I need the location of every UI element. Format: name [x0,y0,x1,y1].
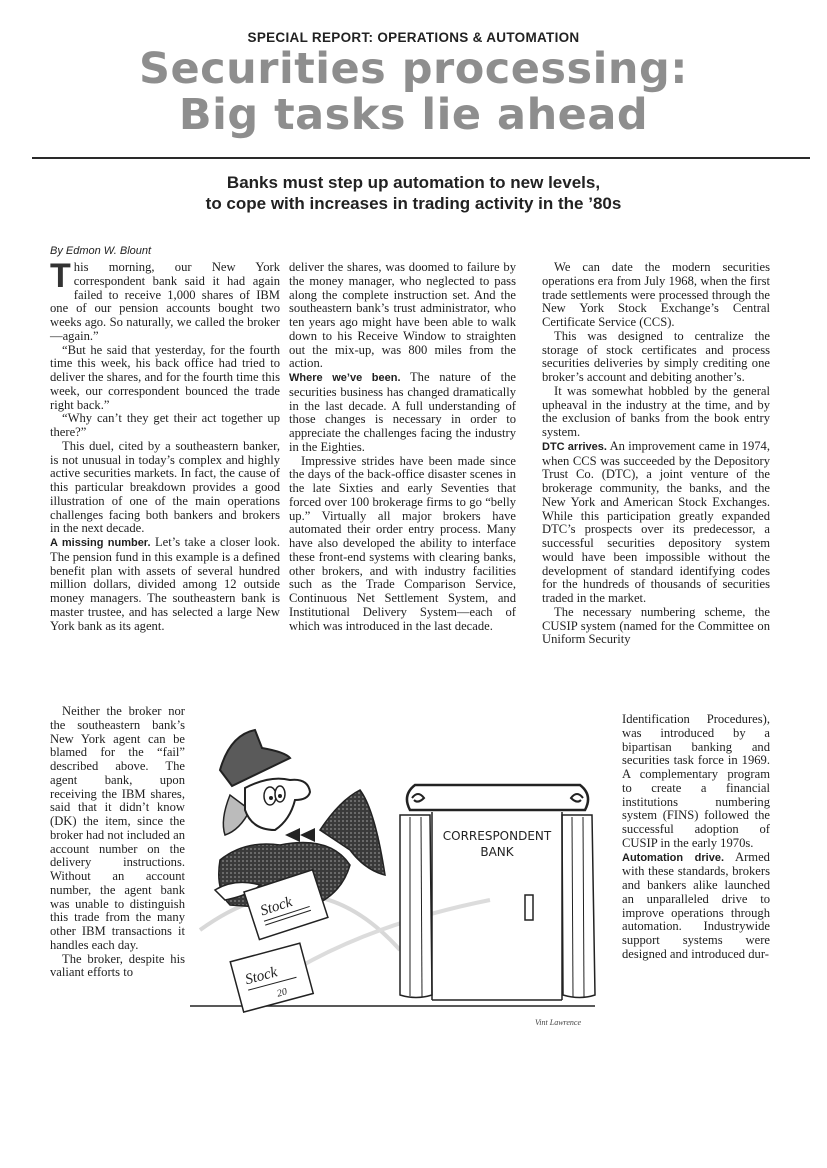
paragraph: The necessary numbering scheme, the CUSI… [542,606,770,647]
headline-line-2: Big tasks lie ahead [0,92,827,138]
header-rule [32,157,810,159]
article-column-3-narrow: Identification Procedures), was introduc… [622,713,770,962]
paragraph: DTC arrives. An improvement came in 1974… [542,440,770,606]
subhead-dtc-arrives: DTC arrives. [542,441,607,453]
article-column-1-narrow: Neither the broker nor the southeastern … [50,705,185,980]
paragraph-text: An improvement came in 1974, when CCS wa… [542,439,770,605]
paragraph: Identification Procedures), was introduc… [622,713,770,851]
paragraph: This duel, cited by a southeastern banke… [50,440,280,536]
paragraph: Impressive strides have been made since … [289,455,516,634]
headline: Securities processing: Big tasks lie ahe… [0,46,827,138]
paragraph: We can date the modern securities operat… [542,261,770,330]
paragraph-text: his morning, our New York correspondent … [50,260,280,343]
paragraph-text: Let’s take a closer look. The pension fu… [50,535,280,633]
deck: Banks must step up automation to new lev… [0,172,827,214]
paragraph-text: Armed with these standards, brokers and … [622,850,770,961]
paragraph: “But he said that yesterday, for the fou… [50,344,280,413]
article-column-2: deliver the shares, was doomed to failur… [289,261,516,633]
bank-sign-line-1: CORRESPONDENT [443,829,552,843]
paragraph: Where we’ve been. The nature of the secu… [289,371,516,455]
paragraph: Automation drive. Armed with these stand… [622,851,770,962]
cartoon-illustration: Stock Stock 20 CORRESPONDENT BANK [190,700,620,1045]
bank-sign-line-2: BANK [480,845,514,859]
paragraph: “Why can’t they get their act together u… [50,412,280,440]
article-column-1: This morning, our New York correspondent… [50,261,280,633]
paragraph: This was designed to centralize the stor… [542,330,770,385]
subhead-where-weve-been: Where we’ve been. [289,372,401,384]
deck-line-2: to cope with increases in trading activi… [0,193,827,214]
cartoon-drawing: Stock Stock 20 CORRESPONDENT BANK [190,700,620,1045]
drop-cap: T [50,263,71,289]
paragraph: Neither the broker nor the southeastern … [50,705,185,953]
paragraph: The broker, despite his valiant efforts … [50,953,185,981]
paragraph: deliver the shares, was doomed to failur… [289,261,516,371]
subhead-missing-number: A missing number. [50,537,151,549]
byline: By Edmon W. Blount [50,245,151,257]
artist-signature: Vint Lawrence [535,1018,581,1027]
article-column-3: We can date the modern securities operat… [542,261,770,647]
paragraph: It was somewhat hobbled by the general u… [542,385,770,440]
subhead-automation-drive: Automation drive. [622,852,724,864]
headline-line-1: Securities processing: [0,46,827,92]
paragraph: This morning, our New York correspondent… [50,261,280,344]
paragraph: A missing number. Let’s take a closer lo… [50,536,280,633]
section-kicker: SPECIAL REPORT: OPERATIONS & AUTOMATION [0,30,827,45]
deck-line-1: Banks must step up automation to new lev… [0,172,827,193]
